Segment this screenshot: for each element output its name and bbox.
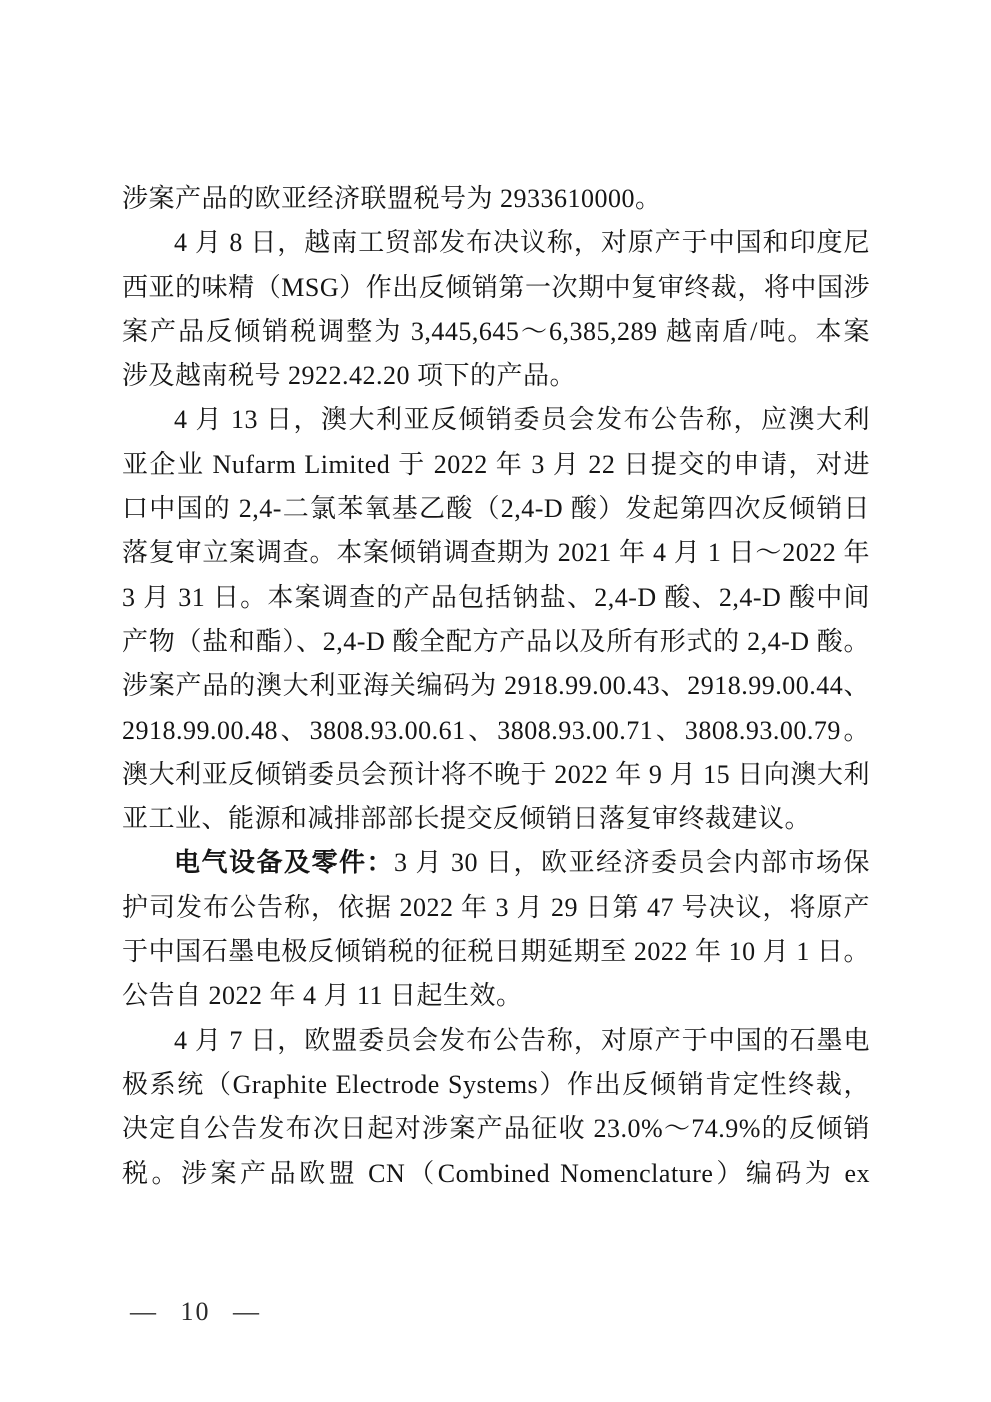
text-run: 于中国石墨电极反倾销税的征税日期延期至 2022 年 10 月 1 日。 (122, 937, 870, 966)
text-line: 涉及越南税号 2922.42.20 项下的产品。 (122, 354, 870, 398)
text-run: 公告自 2022 年 4 月 11 日起生效。 (122, 981, 523, 1010)
text-run: 3 月 31 日。本案调查的产品包括钠盐、2,4-D 酸、2,4-D 酸中间 (122, 583, 870, 612)
text-run: 产物（盐和酯）、2,4-D 酸全配方产品以及所有形式的 2,4-D 酸。 (122, 627, 870, 656)
text-run: 亚工业、能源和减排部部长提交反倾销日落复审终裁建议。 (122, 804, 811, 833)
text-run: 亚企业 Nufarm Limited 于 2022 年 3 月 22 日提交的申… (122, 450, 870, 479)
text-line: 4 月 8 日，越南工贸部发布决议称，对原产于中国和印度尼 (122, 221, 870, 265)
text-line: 决定自公告发布次日起对涉案产品征收 23.0%～74.9%的反倾销 (122, 1107, 870, 1151)
text-run: 4 月 13 日，澳大利亚反倾销委员会发布公告称，应澳大利 (174, 405, 870, 434)
text-line: 3 月 31 日。本案调查的产品包括钠盐、2,4-D 酸、2,4-D 酸中间 (122, 576, 870, 620)
text-run: 4 月 7 日，欧盟委员会发布公告称，对原产于中国的石墨电 (174, 1026, 870, 1055)
text-line: 护司发布公告称，依据 2022 年 3 月 29 日第 47 号决议，将原产 (122, 886, 870, 930)
text-run: 护司发布公告称，依据 2022 年 3 月 29 日第 47 号决议，将原产 (122, 893, 870, 922)
text-line: 口中国的 2,4-二氯苯氧基乙酸（2,4-D 酸）发起第四次反倾销日 (122, 487, 870, 531)
page-footer: — 10 — (130, 1292, 261, 1332)
text-line: 极系统（Graphite Electrode Systems）作出反倾销肯定性终… (122, 1063, 870, 1107)
text-run: 3 月 30 日，欧亚经济委员会内部市场保 (394, 848, 870, 877)
text-line: 电气设备及零件：3 月 30 日，欧亚经济委员会内部市场保 (122, 841, 870, 885)
text-line: 4 月 13 日，澳大利亚反倾销委员会发布公告称，应澳大利 (122, 398, 870, 442)
document-body: 涉案产品的欧亚经济联盟税号为 2933610000。4 月 8 日，越南工贸部发… (122, 177, 870, 1196)
text-line: 涉案产品的欧亚经济联盟税号为 2933610000。 (122, 177, 870, 221)
text-run: 口中国的 2,4-二氯苯氧基乙酸（2,4-D 酸）发起第四次反倾销日 (122, 494, 870, 523)
text-line: 产物（盐和酯）、2,4-D 酸全配方产品以及所有形式的 2,4-D 酸。 (122, 620, 870, 664)
text-run: 极系统（Graphite Electrode Systems）作出反倾销肯定性终… (122, 1070, 870, 1099)
text-line: 于中国石墨电极反倾销税的征税日期延期至 2022 年 10 月 1 日。 (122, 930, 870, 974)
text-run: 澳大利亚反倾销委员会预计将不晚于 2022 年 9 月 15 日向澳大利 (122, 760, 870, 789)
text-line: 亚企业 Nufarm Limited 于 2022 年 3 月 22 日提交的申… (122, 443, 870, 487)
text-line: 亚工业、能源和减排部部长提交反倾销日落复审终裁建议。 (122, 797, 870, 841)
text-run: 落复审立案调查。本案倾销调查期为 2021 年 4 月 1 日～2022 年 (122, 538, 870, 567)
text-run: 涉案产品的澳大利亚海关编码为 2918.99.00.43、2918.99.00.… (122, 671, 870, 700)
text-line: 涉案产品的澳大利亚海关编码为 2918.99.00.43、2918.99.00.… (122, 664, 870, 708)
text-line: 案产品反倾销税调整为 3,445,645～6,385,289 越南盾/吨。本案 (122, 310, 870, 354)
document-page: 涉案产品的欧亚经济联盟税号为 2933610000。4 月 8 日，越南工贸部发… (0, 0, 991, 1402)
text-line: 税。涉案产品欧盟 CN（Combined Nomenclature）编码为 ex… (122, 1152, 870, 1196)
text-line: 澳大利亚反倾销委员会预计将不晚于 2022 年 9 月 15 日向澳大利 (122, 753, 870, 797)
text-run: 4 月 8 日，越南工贸部发布决议称，对原产于中国和印度尼 (174, 228, 870, 257)
text-line: 西亚的味精（MSG）作出反倾销第一次期中复审终裁，将中国涉 (122, 266, 870, 310)
text-run: 案产品反倾销税调整为 3,445,645～6,385,289 越南盾/吨。本案 (122, 317, 870, 346)
text-line: 4 月 7 日，欧盟委员会发布公告称，对原产于中国的石墨电 (122, 1019, 870, 1063)
text-run: 决定自公告发布次日起对涉案产品征收 23.0%～74.9%的反倾销 (122, 1114, 870, 1143)
text-line: 落复审立案调查。本案倾销调查期为 2021 年 4 月 1 日～2022 年 (122, 531, 870, 575)
text-run: 2918.99.00.48、3808.93.00.61、3808.93.00.7… (122, 716, 870, 745)
text-run: 涉案产品的欧亚经济联盟税号为 2933610000。 (122, 184, 662, 213)
text-run: 西亚的味精（MSG）作出反倾销第一次期中复审终裁，将中国涉 (122, 273, 870, 302)
text-line: 公告自 2022 年 4 月 11 日起生效。 (122, 974, 870, 1018)
page-number: — 10 — (130, 1297, 261, 1326)
text-line: 2918.99.00.48、3808.93.00.61、3808.93.00.7… (122, 709, 870, 753)
text-run: 涉及越南税号 2922.42.20 项下的产品。 (122, 361, 576, 390)
text-run: 税。涉案产品欧盟 CN（Combined Nomenclature）编码为 ex… (122, 1159, 870, 1196)
bold-text-run: 电气设备及零件： (174, 848, 394, 877)
